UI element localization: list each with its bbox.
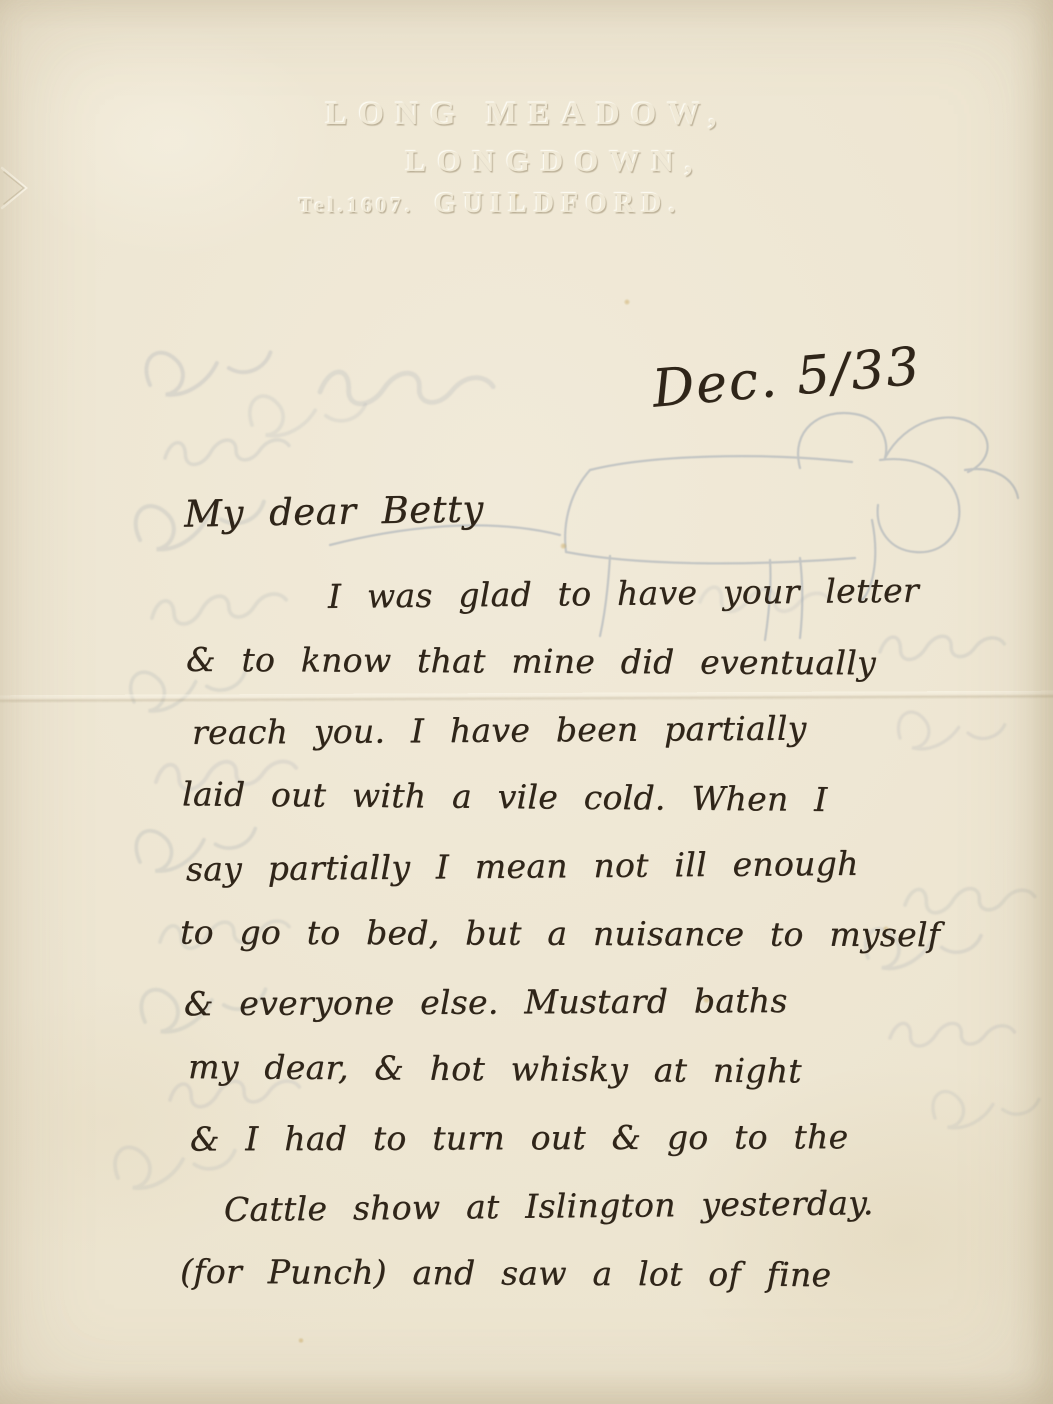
paper-stain [298,1338,304,1343]
handwriting-line: reach you. I have been partially [180,707,1026,781]
handwriting-line: I was glad to have your letter [180,570,1027,647]
embossed-letterhead: LONG MEADOW, LONGDOWN, Tel.1607.GUILDFOR… [0,98,1053,232]
letterhead-line-3: Tel.1607.GUILDFORD. [0,190,1017,218]
handwriting-line: (for Punch) and saw a lot of fine [180,1252,1026,1324]
letterhead-telephone: Tel.1607. [299,193,415,217]
letter-body: I was glad to have your letter & to know… [180,574,1026,1322]
salutation: My dear Betty [184,487,484,535]
handwriting-line: say partially I mean not ill enough [180,842,1027,917]
handwriting-line: Cattle show at Islington yesterday. [180,1182,1027,1259]
letterhead-line-1: LONG MEADOW, [0,98,1053,131]
letterhead-line-2: LONGDOWN, [28,145,1053,176]
handwriting-line: to go to bed, but a nuisance to myself [180,913,1026,984]
handwriting-line: & I had to turn out & go to the [180,1117,1026,1188]
letter-page: LONG MEADOW, LONGDOWN, Tel.1607.GUILDFOR… [0,0,1053,1404]
letterhead-town: GUILDFORD. [434,188,682,219]
handwriting-line: my dear, & hot whisky at night [180,1047,1026,1121]
paper-stain [624,299,630,305]
handwriting-line: & to know that mine did eventually [180,640,1026,712]
letter-date: Dec. 5/33 [650,336,924,419]
handwriting-line: & everyone else. Mustard baths [180,980,1026,1052]
paper-stain [560,543,567,549]
handwriting-line: laid out with a vile cold. When I [180,774,1027,849]
